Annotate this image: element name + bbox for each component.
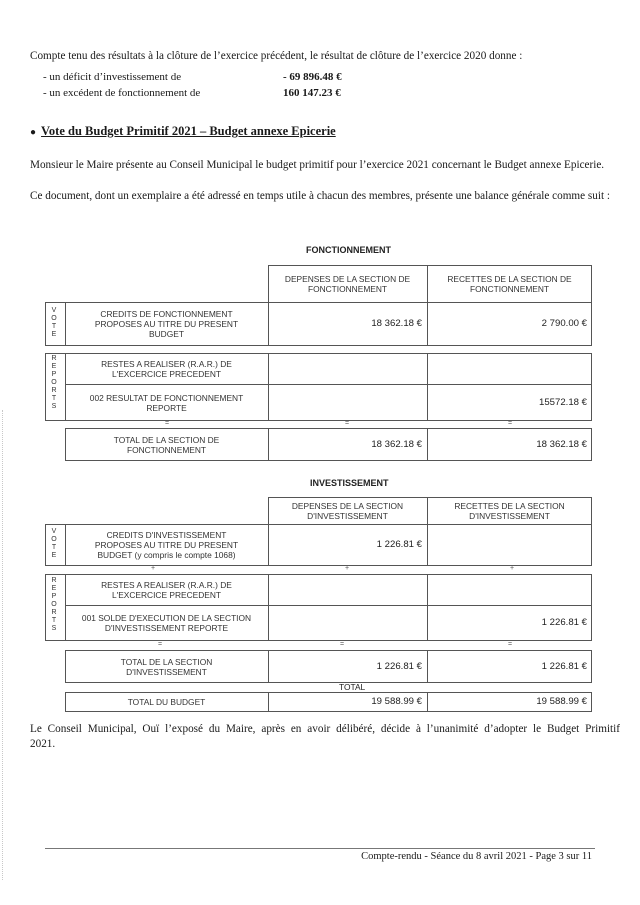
paragraph-document: Ce document, dont un exemplaire a été ad… bbox=[30, 189, 620, 204]
invest-row-depenses bbox=[268, 574, 427, 605]
equals-operator: = bbox=[158, 641, 162, 648]
result-label: - un déficit d’investissement de bbox=[43, 71, 181, 83]
paragraph-decision: Le Conseil Municipal, Ouï l’exposé du Ma… bbox=[30, 722, 620, 752]
result-value: 160 147.23 € bbox=[283, 87, 341, 99]
page-footer: Compte-rendu - Séance du 8 avril 2021 - … bbox=[361, 851, 592, 862]
footer-divider bbox=[45, 848, 595, 849]
invest-total-recettes: 1 226.81 € bbox=[427, 650, 592, 683]
investissement-title: INVESTISSEMENT bbox=[310, 478, 389, 488]
fonct-header-depenses: DEPENSES DE LA SECTION DE FONCTIONNEMENT bbox=[268, 265, 427, 303]
equals-operator: = bbox=[345, 420, 349, 427]
fonct-row-depenses bbox=[268, 384, 427, 421]
invest-row-label: CREDITS D'INVESTISSEMENT PROPOSES AU TIT… bbox=[65, 524, 268, 566]
fonct-total-recettes: 18 362.18 € bbox=[427, 428, 592, 461]
equals-operator: = bbox=[340, 641, 344, 648]
fonct-row-recettes: 15572.18 € bbox=[427, 384, 592, 421]
plus-operator: + bbox=[345, 565, 349, 572]
invest-row-recettes bbox=[427, 524, 592, 566]
fonct-row-label: CREDITS DE FONCTIONNEMENT PROPOSES AU TI… bbox=[65, 302, 268, 346]
budget-total-recettes: 19 588.99 € bbox=[427, 692, 592, 712]
equals-operator: = bbox=[508, 420, 512, 427]
fonctionnement-title: FONCTIONNEMENT bbox=[306, 245, 391, 255]
scan-artifact bbox=[2, 410, 4, 880]
invest-row-depenses: 1 226.81 € bbox=[268, 524, 427, 566]
plus-operator: + bbox=[510, 565, 514, 572]
result-value: - 69 896.48 € bbox=[283, 71, 342, 83]
section-heading: ●Vote du Budget Primitif 2021 – Budget a… bbox=[30, 124, 336, 139]
vote-side-label: VOTE bbox=[48, 307, 60, 339]
invest-total-depenses: 1 226.81 € bbox=[268, 650, 427, 683]
intro-text: Compte tenu des résultats à la clôture d… bbox=[30, 49, 620, 64]
paragraph-presentation: Monsieur le Maire présente au Conseil Mu… bbox=[30, 158, 620, 173]
result-label: - un excédent de fonctionnement de bbox=[43, 87, 200, 99]
fonct-header-recettes: RECETTES DE LA SECTION DE FONCTIONNEMENT bbox=[427, 265, 592, 303]
invest-header-depenses: DEPENSES DE LA SECTION D'INVESTISSEMENT bbox=[268, 497, 427, 525]
fonct-total-depenses: 18 362.18 € bbox=[268, 428, 427, 461]
invest-row-depenses bbox=[268, 605, 427, 641]
invest-total-label: TOTAL DE LA SECTION D'INVESTISSEMENT bbox=[65, 650, 268, 683]
heading-text: Vote du Budget Primitif 2021 – Budget an… bbox=[41, 124, 336, 138]
total-caption: TOTAL bbox=[339, 682, 365, 692]
fonct-row-recettes: 2 790.00 € bbox=[427, 302, 592, 346]
equals-operator: = bbox=[165, 420, 169, 427]
equals-operator: = bbox=[508, 641, 512, 648]
fonct-row-depenses bbox=[268, 353, 427, 384]
invest-row-label: RESTES A REALISER (R.A.R.) DE L'EXCERCIC… bbox=[65, 574, 268, 605]
fonct-total-label: TOTAL DE LA SECTION DE FONCTIONNEMENT bbox=[65, 428, 268, 461]
invest-header-recettes: RECETTES DE LA SECTION D'INVESTISSEMENT bbox=[427, 497, 592, 525]
reports-side-label: REPORTS bbox=[48, 355, 60, 411]
vote-side-label: VOTE bbox=[48, 528, 60, 560]
invest-row-recettes: 1 226.81 € bbox=[427, 605, 592, 641]
plus-operator: + bbox=[151, 565, 155, 572]
fonct-row-label: 002 RESULTAT DE FONCTIONNEMENT REPORTE bbox=[65, 384, 268, 421]
fonct-row-recettes bbox=[427, 353, 592, 384]
fonct-row-depenses: 18 362.18 € bbox=[268, 302, 427, 346]
invest-row-recettes bbox=[427, 574, 592, 605]
budget-total-label: TOTAL DU BUDGET bbox=[65, 692, 268, 712]
invest-row-label: 001 SOLDE D'EXECUTION DE LA SECTION D'IN… bbox=[65, 605, 268, 641]
bullet-icon: ● bbox=[30, 127, 36, 138]
fonct-row-label: RESTES A REALISER (R.A.R.) DE L'EXCERCIC… bbox=[65, 353, 268, 384]
reports-side-label: REPORTS bbox=[48, 577, 60, 633]
budget-total-depenses: 19 588.99 € bbox=[268, 692, 427, 712]
